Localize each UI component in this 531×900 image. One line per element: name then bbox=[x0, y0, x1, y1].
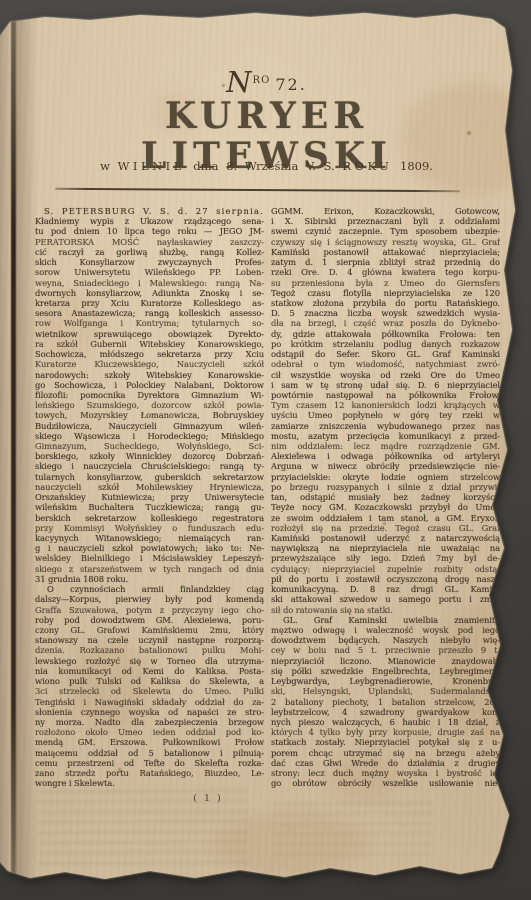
text-line: rzeki Ore. D. 4 główna kwatera tego korp… bbox=[271, 267, 500, 277]
text-line: skiego i nauczyciela Chruścielskiego: ra… bbox=[35, 461, 264, 471]
text-line: cyduiący: nieprzyiaciel zupelnie rozbity… bbox=[271, 564, 500, 574]
text-line: nieprzyiaciół liczono. Mianowicie znaydo… bbox=[271, 656, 500, 666]
text-line: Teyże nocy GM. Kozaczkowski przybył do U… bbox=[271, 502, 500, 512]
text-line: dalszy—Korpus, pierwiey były pod komendą bbox=[35, 594, 264, 604]
dateline-part: ROKU bbox=[342, 159, 392, 173]
text-line: berskich sekretarzow kolleskiego regestr… bbox=[35, 513, 264, 523]
text-line: komunikacyyną. D. 8 raz drugi GL. Kamin- bbox=[271, 584, 500, 594]
text-line: S. PETERSBURG V. S. d. 27 sierpnia. bbox=[35, 206, 264, 216]
text-line: skiego z starszeństwem w tych rangach od… bbox=[35, 564, 264, 574]
text-line: towych, Mozyrskiey Łomanowicza, Bobruysk… bbox=[35, 410, 264, 420]
text-line: wietnikow sprawuiącego obowiązek Dyrekto… bbox=[35, 329, 264, 339]
text-line: Graffa Szuwałowa, potym z przyczyny iego… bbox=[35, 605, 264, 615]
text-line: wiono pulk Tulski od Kaliksa do Skelewta… bbox=[35, 676, 264, 686]
text-line: mendą GM. Erszowa. Pułkownikowi Frołow bbox=[35, 737, 264, 747]
text-line: roby pod dowodztwem GM. Alexieiewa, poru… bbox=[35, 615, 264, 625]
masthead-rule bbox=[55, 188, 460, 192]
dateline-part: dnia 8. Września V. S. bbox=[186, 159, 343, 173]
text-line: go Sochowicza, i Polockiey Nalabani, Dok… bbox=[35, 380, 264, 390]
text-line: Kuratorze Kluczewskiego, Nauczycieli szk… bbox=[35, 359, 264, 369]
text-line: filozofii: pomocnika Dyrektora Gimnazium… bbox=[35, 390, 264, 400]
text-line: naywiększą na nieprzyiaciela nie uważaią… bbox=[271, 543, 500, 553]
text-line: porem chcąc utrzymać się na brzegu ażeby bbox=[271, 748, 500, 758]
dateline-part: WILNIE bbox=[118, 159, 186, 173]
text-line: kacyynych Witanowskiego; niemaiących ran… bbox=[35, 533, 264, 543]
text-line: g i nauczycieli szkoł powiatowych; iako … bbox=[35, 543, 264, 553]
text-line: Sochowicza, młódszego sekretarza przy Xc… bbox=[35, 349, 264, 359]
text-line: przyiacielskie: okryte łodzie ogniem str… bbox=[271, 472, 500, 482]
text-line: swemi czynić zaczepnie. Tym sposobem ube… bbox=[271, 226, 500, 236]
text-line: leńskiego Szumskiego, dozorcow szkół pow… bbox=[35, 400, 264, 410]
text-line: borskiego, szkoły Winnickiey dozorcę Dob… bbox=[35, 451, 264, 461]
text-line: Tym czasem 12 kanonierskich lodzi krążąc… bbox=[271, 400, 500, 410]
text-line: dzenia. Rozkazano batalionowi pulku Mohi… bbox=[35, 645, 264, 655]
text-line: ski attakował szwedow u samego portu i z… bbox=[271, 594, 500, 604]
text-line: przewyższaiące siły iego. Dzień 7my był … bbox=[271, 553, 500, 563]
text-line: statkach zostały. Nieprzyiaciel potykał … bbox=[271, 737, 500, 747]
paper-shadow-wrap: NRO 72. KURYER LITEWSKI w WILNIE dnia 8.… bbox=[0, 0, 531, 900]
issue-letter-n: N bbox=[226, 65, 252, 99]
text-line: przy Kommisyi Wołyńskiey o funduszach ed… bbox=[35, 523, 264, 533]
text-line: słonienia czynnego woyska od napaści ze … bbox=[35, 707, 264, 717]
text-line: Alexieiewa i odwaga półkownika od artyle… bbox=[271, 451, 500, 461]
text-line: statkow złożona przybiła do portu Ratańs… bbox=[271, 298, 500, 308]
text-line: strony: lecz duch mężny woyska i bystroś… bbox=[271, 768, 500, 778]
issue-number: 72. bbox=[275, 75, 306, 94]
text-line: narodowych: szkoły Witebskiey Konarowski… bbox=[35, 370, 264, 380]
newspaper-page: NRO 72. KURYER LITEWSKI w WILNIE dnia 8.… bbox=[0, 0, 531, 900]
text-line: row Wolfganga i Kontryma; tytularnych so… bbox=[35, 318, 264, 328]
text-line: 3ci strzelecki od Skelewta do Umeo. Pulk… bbox=[35, 686, 264, 696]
adjacent-page-edge bbox=[0, 20, 11, 878]
text-line: czony GL. Grafowi Kamińskiemu 2mu, który bbox=[35, 625, 264, 635]
text-line: Orszańskiey Kutniewicza; przy Uniwersyte… bbox=[35, 492, 264, 502]
text-line: po brzegu rozsypanych i silnie z dział p… bbox=[271, 482, 500, 492]
text-line: nia komunikacyi od Kemi do Kaliksa. Post… bbox=[35, 666, 264, 676]
text-line: Tengiński i Nawagiński składały oddział … bbox=[35, 697, 264, 707]
dateline: w WILNIE dnia 8. Września V. S. ROKU 180… bbox=[33, 159, 500, 173]
text-line: Leybgwardya, Leybgrenadierowie, Kronenbu… bbox=[271, 676, 500, 686]
text-line: D. 5 znaczna liczba woysk szwedzkich wys… bbox=[271, 308, 500, 318]
text-line: su przeniesiona była z Umeo do Giernsfer… bbox=[271, 278, 500, 288]
text-line: tu pod dniem 10 lipca tego roku — JEGO J… bbox=[35, 226, 264, 236]
text-line: rozłożył się na przedzie. Tegoż czasu GL… bbox=[271, 523, 500, 533]
text-line: wongre i Skelewta. bbox=[35, 778, 264, 788]
text-line: 2 bataliony piechoty, 1 batalion strzelc… bbox=[271, 697, 500, 707]
text-line: sesora Anastazewicza; rangą kolleskich a… bbox=[35, 308, 264, 318]
text-line: weyna, Sniadeckiego i Malewskiego: rangą… bbox=[35, 278, 264, 288]
text-line: ski, Helsyngski, Uplandski, Sudermalands… bbox=[271, 686, 500, 696]
dateline-part: w bbox=[100, 159, 118, 173]
text-line: czywszy się i ściągnowszy resztę woyska,… bbox=[271, 237, 500, 247]
text-line: cey w boiu nad 5 t. przeciwnie przeszło … bbox=[271, 645, 500, 655]
text-line: mostu, azatym przecięcia komunikacyi z p… bbox=[271, 431, 500, 441]
text-line: welskiey Bielnilkiego i Mścisławskiey Le… bbox=[35, 553, 264, 563]
text-line: się półki szwedzkie Engelbrechta, Leybre… bbox=[271, 666, 500, 676]
text-line: pił do portu i zostawił oczyszczoną drog… bbox=[271, 574, 500, 584]
text-line: cemu przestrzeni od Tefte do Skelefta ro… bbox=[35, 758, 264, 768]
text-line: tularnych konsyliarzow, guberskich sekre… bbox=[35, 472, 264, 482]
text-line: ny morza. Nadto dla zabezpieczenia brzeg… bbox=[35, 717, 264, 727]
text-line: odebrał o tym wiadomość, natychmiast zwr… bbox=[271, 359, 500, 369]
text-line: 31 grudnia 1808 roku. bbox=[35, 574, 264, 584]
text-line: i X. Sibirski przeznaczani byli z oddzia… bbox=[271, 216, 500, 226]
text-line: maiącemu oddział od 5 batalionow i pilnu… bbox=[35, 748, 264, 758]
text-line: zatym d. 1 sierpnia zbliżył straż przedn… bbox=[271, 257, 500, 267]
text-line: sił do ratowania się na statki. bbox=[271, 605, 500, 615]
text-line: po krótkim strzelaniu podlug danych rozk… bbox=[271, 339, 500, 349]
text-line: GGMM. Erixon, Kozaczkowski, Gotowcow, bbox=[271, 206, 500, 216]
text-line: leybstrzelcow, 4 szwadrony gwardyakow ko… bbox=[271, 707, 500, 717]
issue-letter-ro: RO bbox=[253, 75, 271, 86]
text-line: rozłożono około Umeo ieden oddział pod k… bbox=[35, 727, 264, 737]
text-line: męztwo odwagę i waleczność woysk pod ieg… bbox=[271, 625, 500, 635]
text-line: Kamiński postanowił attakować nieprzyiac… bbox=[271, 247, 500, 257]
text-line: kretarza przy Xciu Kuratorze Kolleskiego… bbox=[35, 298, 264, 308]
page-number: ( 1 ) bbox=[181, 793, 235, 804]
text-line: cił wszystkie woyska od rzeki Ore do Ume… bbox=[271, 370, 500, 380]
text-line: Tegoż czasu flotylla nieprzyiacielska ze… bbox=[271, 288, 500, 298]
text-line: dwornych konsyliarzow, Adiunkta Znoskę i… bbox=[35, 288, 264, 298]
text-line: O czynnościach armii finlandzkiey ciąg bbox=[35, 584, 264, 594]
text-line: Kładniemy wypis z Ukazow rządzącego sena… bbox=[35, 216, 264, 226]
page-content: NRO 72. KURYER LITEWSKI w WILNIE dnia 8.… bbox=[33, 0, 500, 900]
text-line: Kamiński postanowił uderzyć z natarczywo… bbox=[271, 533, 500, 543]
text-line: nych pieszo walczących, 6 haubic i 18 dz… bbox=[271, 717, 500, 727]
text-line: zano strzedz portu Ratańskiego, Biuzdeo,… bbox=[35, 768, 264, 778]
text-columns: S. PETERSBURG V. S. d. 27 sierpnia.Kładn… bbox=[35, 206, 500, 788]
text-line: nim oddziałem: lecz mądre rozrządzenie G… bbox=[271, 441, 500, 451]
text-line: dowodztwem będących. Naszych niebyło wię… bbox=[271, 635, 500, 645]
text-line: Budziłowicza, Nauczycieli Gimnazyum wile… bbox=[35, 421, 264, 431]
text-line: dła na brzegi, i część wraz poszła do Dy… bbox=[271, 318, 500, 328]
right-column: GGMM. Erixon, Kozaczkowski, Gotowcow,i X… bbox=[271, 206, 500, 788]
left-column: S. PETERSBURG V. S. d. 27 sierpnia.Kładn… bbox=[35, 206, 264, 788]
text-line: Gimnazyum, Sucheckiego, Wołyńskiego, Sci… bbox=[35, 441, 264, 451]
text-line: ra szkół Gubernii Witebskiey Konarowskie… bbox=[35, 339, 264, 349]
scan-background: NRO 72. KURYER LITEWSKI w WILNIE dnia 8.… bbox=[0, 0, 531, 900]
issue-number-line: NRO 72. bbox=[33, 68, 500, 97]
text-line: tan, odstąpić musiały bez żadney korzyśc… bbox=[271, 492, 500, 502]
text-line: skiego Wąsowicza i Horodeckiego; Mińskie… bbox=[35, 431, 264, 441]
text-line: dy, gdzie attakowała półkownika Frołowa:… bbox=[271, 329, 500, 339]
text-line: Arguna w niwecz obróciły przedsiewzięcie… bbox=[271, 461, 500, 471]
text-line: odstąpił do Sefer. Skoro GL. Graf Kamins… bbox=[271, 349, 500, 359]
dateline-part: 1809. bbox=[392, 159, 433, 173]
text-line: wileńskim Buchaltera Tuczkiewicza; rangą… bbox=[35, 502, 264, 512]
text-line: GL. Graf Kaminski uwielbia znamienite bbox=[271, 615, 500, 625]
text-line: nauczycieli szkół Mohilewskiey Hryniewic… bbox=[35, 482, 264, 492]
text-line: których 4 tylko były przy korpusie, drug… bbox=[271, 727, 500, 737]
text-line: PERATORSKA MOŚĆ nayłaskawiey zaszczy- bbox=[35, 237, 264, 247]
text-line: ze swoim oddziałem i tam stanoł, a GM. E… bbox=[271, 513, 500, 523]
text-line: i sam w tę stronę udał się. D. 6 nieprzy… bbox=[271, 380, 500, 390]
text-line: lewskiego rozłożyć się w Torneo dla utrz… bbox=[35, 656, 264, 666]
text-line: cić raczył za gorliwą służbę, rangą Koll… bbox=[35, 247, 264, 257]
text-line: sorow Uniwersytetu Wileńskiego PP. Loben… bbox=[35, 267, 264, 277]
text-line: dać czas Głwi Wrede do działania z drugi… bbox=[271, 758, 500, 768]
text-line: zamiarze zniszczenia wybudowanego przez … bbox=[271, 421, 500, 431]
text-line: skich Konsyliarzow zwyczaynych Profes- bbox=[35, 257, 264, 267]
text-line: stanowszy na czele uczynił następne rozp… bbox=[35, 635, 264, 645]
text-line: uyściu Umeo popłyneło w górę tey rzeki w bbox=[271, 410, 500, 420]
text-line: go obrótow obróciły wszelkie usiłowanie … bbox=[271, 778, 500, 788]
text-line: powtórnie następował na półkownika Froło… bbox=[271, 390, 500, 400]
